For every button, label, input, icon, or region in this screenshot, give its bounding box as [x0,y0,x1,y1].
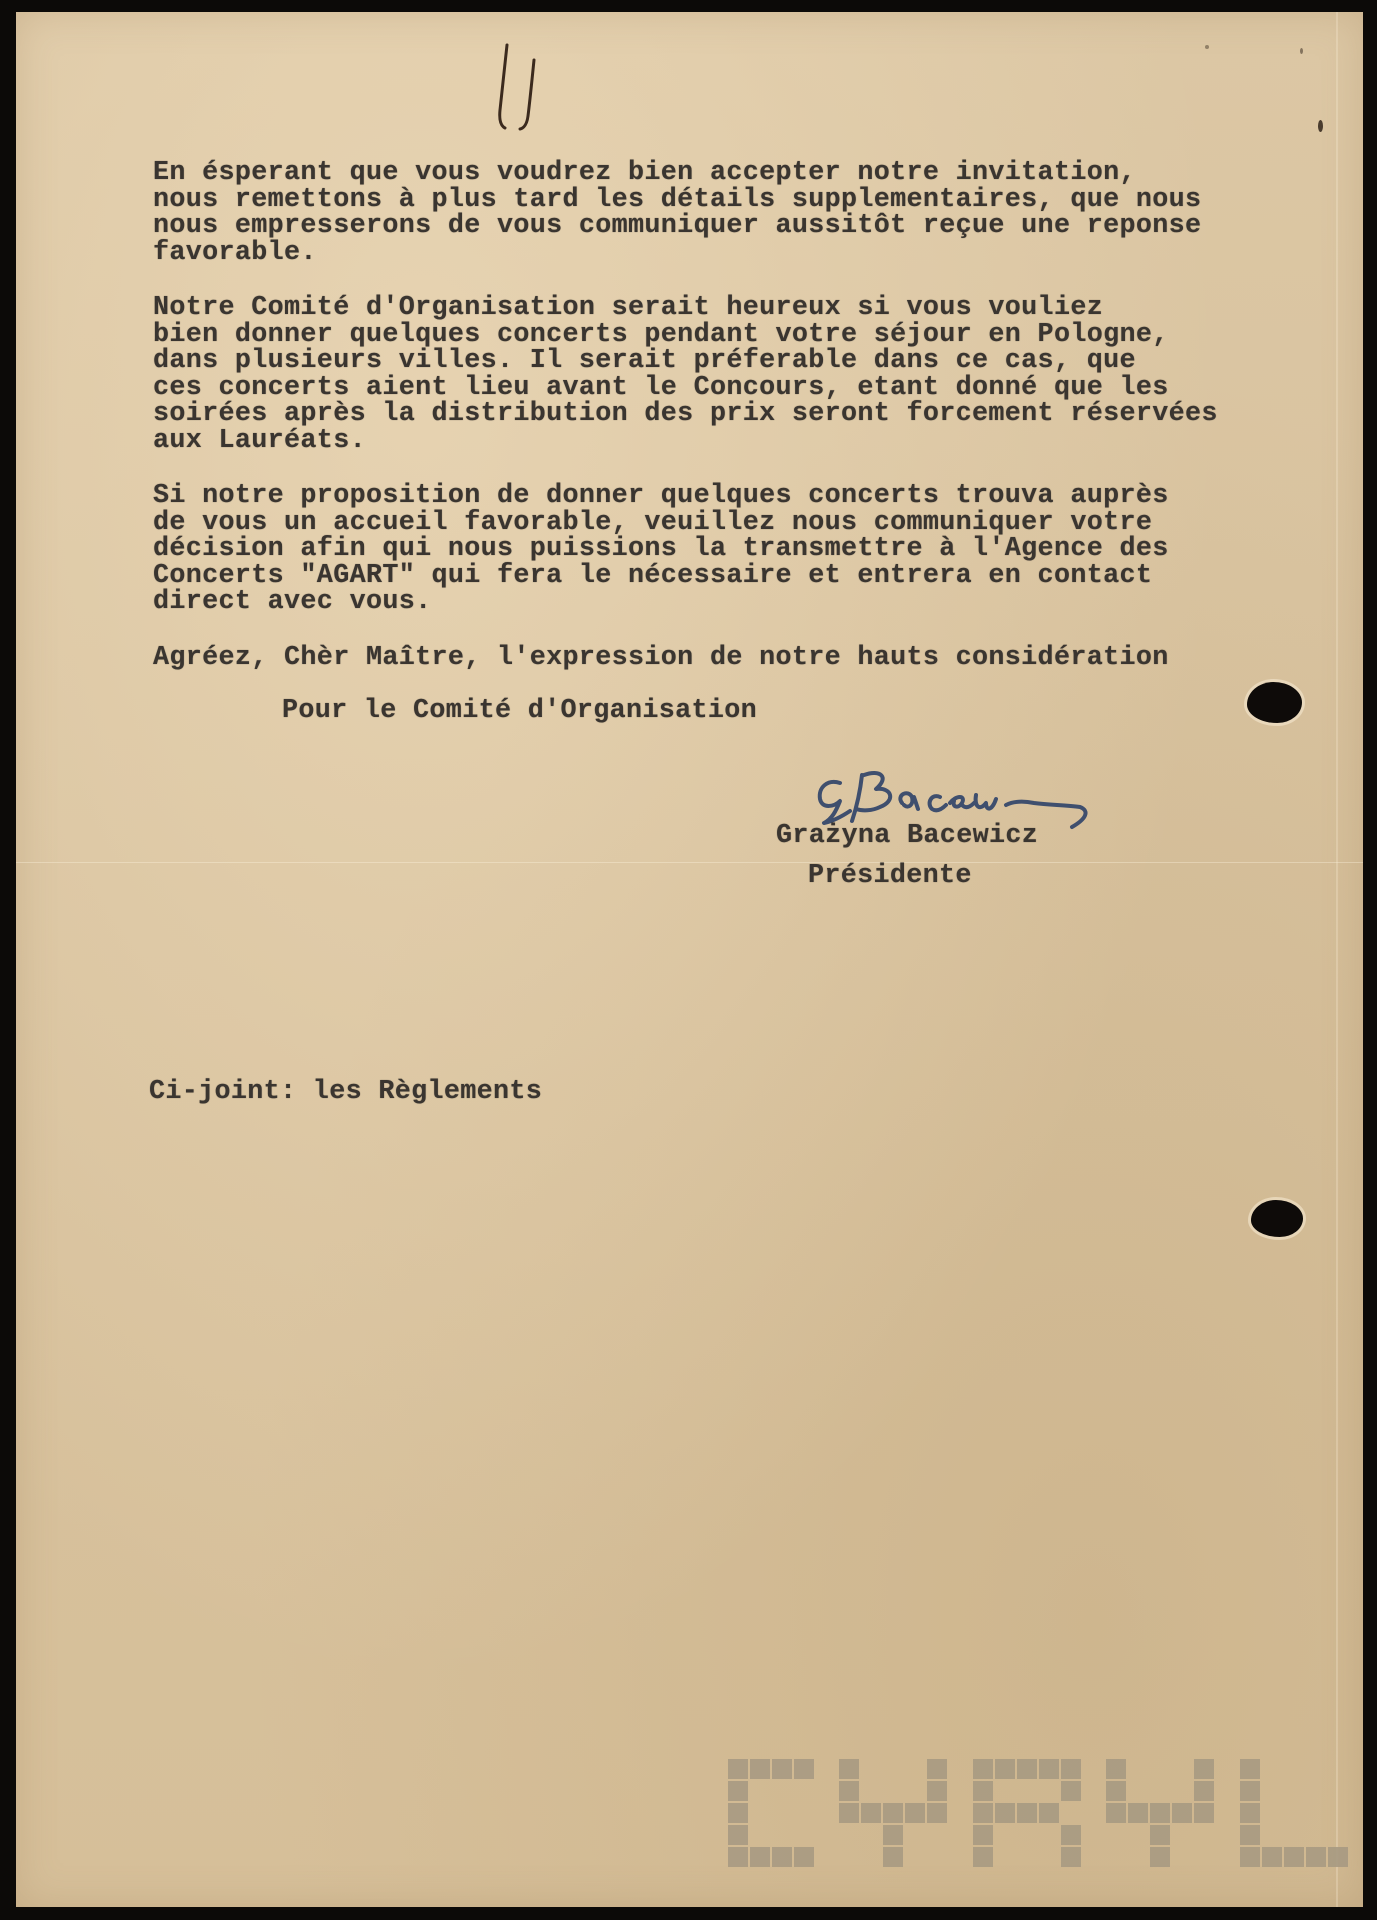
watermark-pixel [1172,1803,1192,1823]
watermark-pixel [1017,1759,1037,1779]
watermark-pixel [839,1759,859,1779]
watermark-pixel [973,1825,993,1845]
on-behalf-line: Pour le Comité d'Organisation [282,698,757,725]
watermark-pixel [1194,1781,1214,1801]
fold-line [1336,12,1338,1907]
watermark-pixel [883,1825,903,1845]
punch-hole [1247,682,1302,723]
watermark-pixel [1194,1803,1214,1823]
watermark-pixel [1150,1825,1170,1845]
watermark-pixel [861,1803,881,1823]
svg-text:11: 11 [490,40,509,45]
signatory-name: Grażyna Bacewicz [776,823,1038,850]
watermark-pixel [883,1847,903,1867]
fold-line [16,862,1363,863]
watermark-pixel [1106,1803,1126,1823]
watermark-pixel [1262,1847,1282,1867]
watermark-pixel [1039,1803,1059,1823]
watermark-pixel [973,1781,993,1801]
watermark-pixel [1061,1759,1081,1779]
watermark-pixel [794,1847,814,1867]
text-line: aux Lauréats. [153,428,1218,455]
watermark-pixel [1194,1759,1214,1779]
watermark-pixel [1284,1847,1304,1867]
watermark-pixel [995,1803,1015,1823]
watermark-pixel [1240,1847,1260,1867]
watermark-pixel [728,1825,748,1845]
stain [1318,120,1323,132]
watermark-pixel [1128,1803,1148,1823]
watermark-pixel [927,1781,947,1801]
watermark-pixel [728,1803,748,1823]
watermark-pixel [1240,1803,1260,1823]
watermark-pixel [1061,1847,1081,1867]
paragraph-3: Si notre proposition de donner quelques … [153,483,1169,616]
text-line: direct avec vous. [153,589,1169,616]
watermark-pixel [973,1803,993,1823]
text-line: ces concerts aient lieu avant le Concour… [153,375,1218,402]
watermark-pixel [973,1759,993,1779]
text-line: dans plusieurs villes. Il serait préfera… [153,348,1218,375]
text-line: Notre Comité d'Organisation serait heure… [153,295,1218,322]
watermark-pixel [772,1759,792,1779]
watermark-pixel [750,1759,770,1779]
watermark-pixel [1306,1847,1326,1867]
closing-line: Agréez, Chèr Maître, l'expression de not… [153,645,1169,672]
watermark-pixel [883,1803,903,1823]
watermark-pixel [1061,1825,1081,1845]
watermark-pixel [1106,1781,1126,1801]
text-line: En ésperant que vous voudrez bien accept… [153,160,1201,187]
watermark-pixel [728,1847,748,1867]
watermark-pixel [1240,1781,1260,1801]
text-line: favorable. [153,240,1201,267]
watermark-pixel [839,1781,859,1801]
enclosure-note: Ci-joint: les Règlements [149,1079,542,1106]
watermark-pixel [839,1803,859,1823]
text-line: bien donner quelques concerts pendant vo… [153,322,1218,349]
stain [1300,48,1303,54]
text-line: nous empresserons de vous communiquer au… [153,213,1201,240]
watermark-pixel [728,1759,748,1779]
text-line: décision afin qui nous puissions la tran… [153,536,1169,563]
watermark-pixel [750,1847,770,1867]
watermark-pixel [1039,1759,1059,1779]
paragraph-1: En ésperant que vous voudrez bien accept… [153,160,1201,266]
signatory-title: Présidente [808,863,972,890]
watermark-pixel [973,1847,993,1867]
watermark-pixel [772,1847,792,1867]
svg-text:G. Bacewicz: G. Bacewicz [810,765,916,770]
text-line: Concerts "AGART" qui fera le nécessaire … [153,563,1169,590]
handwritten-page-number: 11 [490,40,550,140]
watermark-pixel [794,1759,814,1779]
watermark-pixel [1061,1781,1081,1801]
watermark-pixel [1150,1847,1170,1867]
watermark-pixel [1150,1803,1170,1823]
watermark-pixel [1017,1803,1037,1823]
watermark-pixel [1240,1825,1260,1845]
text-line: de vous un accueil favorable, veuillez n… [153,510,1169,537]
watermark-pixel [905,1803,925,1823]
watermark-pixel [927,1803,947,1823]
paragraph-2: Notre Comité d'Organisation serait heure… [153,295,1218,455]
watermark-pixel [995,1759,1015,1779]
text-line: Si notre proposition de donner quelques … [153,483,1169,510]
punch-hole [1251,1200,1303,1237]
watermark-pixel [1240,1759,1260,1779]
text-line: soirées après la distribution des prix s… [153,401,1218,428]
watermark-pixel [1106,1759,1126,1779]
watermark-pixel [1328,1847,1348,1867]
watermark-pixel [728,1781,748,1801]
text-line: nous remettons à plus tard les détails s… [153,187,1201,214]
watermark-pixel [927,1759,947,1779]
stain [1205,45,1209,49]
